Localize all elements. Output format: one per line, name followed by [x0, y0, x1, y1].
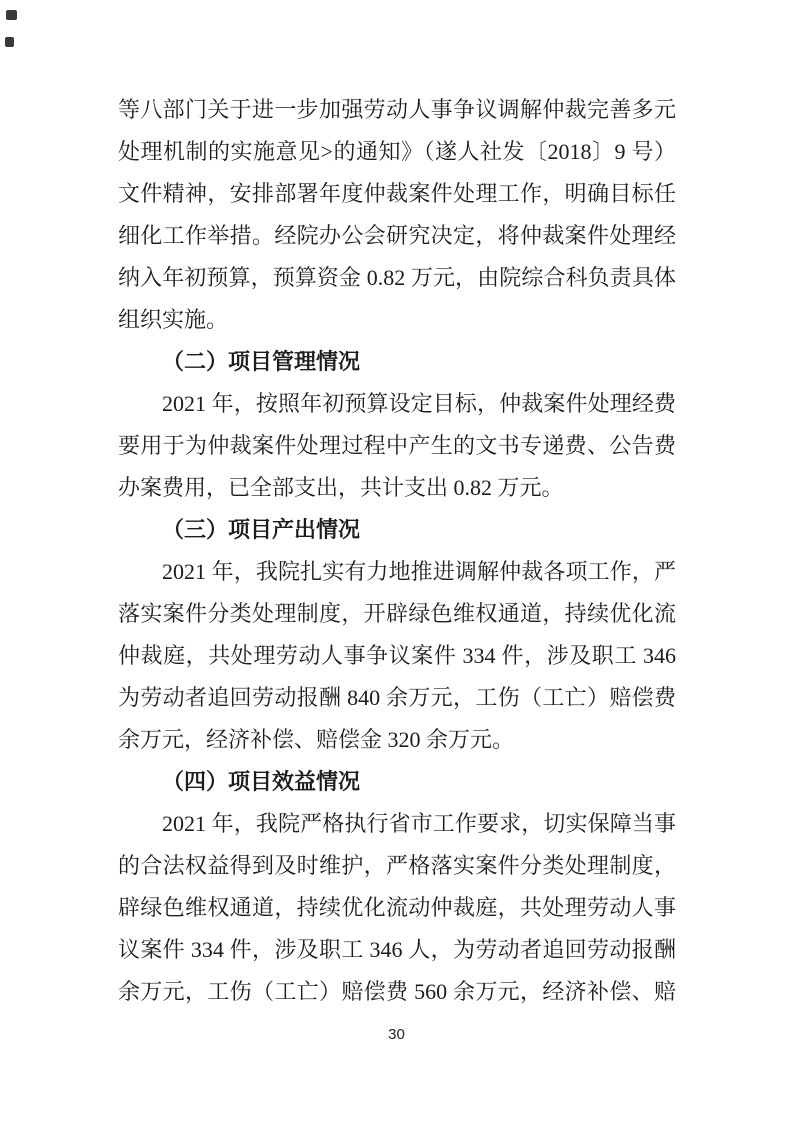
text-line: 2021 年，我院扎实有力地推进调解仲裁各项工作，严格: [118, 551, 676, 593]
page-number: 30: [0, 1026, 793, 1044]
text-line: 文件精神，安排部署年度仲裁案件处理工作，明确目标任务，: [118, 173, 676, 215]
text-line: 等八部门关于进一步加强劳动人事争议调解仲裁完善多元: [118, 89, 676, 131]
document-page: 等八部门关于进一步加强劳动人事争议调解仲裁完善多元处理机制的实施意见>的通知》（…: [0, 0, 793, 1122]
text-line: 组织实施。: [118, 299, 676, 341]
text-line: 办案费用，已全部支出，共计支出 0.82 万元。: [118, 467, 676, 509]
text-line: 余万元，经济补偿、赔偿金 320 余万元。: [118, 719, 676, 761]
text-line: 2021 年，我院严格执行省市工作要求，切实保障当事人: [118, 803, 676, 845]
text-line: 议案件 334 件，涉及职工 346 人，为劳动者追回劳动报酬 840: [118, 929, 676, 971]
text-block: 等八部门关于进一步加强劳动人事争议调解仲裁完善多元处理机制的实施意见>的通知》（…: [118, 89, 676, 1013]
section-heading: （三）项目产出情况: [118, 509, 676, 551]
scan-artifact-mark: [5, 37, 14, 47]
scan-artifact-mark: [6, 10, 17, 20]
text-line: 仲裁庭，共处理劳动人事争议案件 334 件，涉及职工 346 人，: [118, 635, 676, 677]
text-line: 2021 年，按照年初预算设定目标，仲裁案件处理经费主: [118, 383, 676, 425]
section-heading: （二）项目管理情况: [118, 341, 676, 383]
text-line: 为劳动者追回劳动报酬 840 余万元，工伤（工亡）赔偿费 560: [118, 677, 676, 719]
section-heading: （四）项目效益情况: [118, 761, 676, 803]
text-line: 要用于为仲裁案件处理过程中产生的文书专递费、公告费等: [118, 425, 676, 467]
text-line: 辟绿色维权通道，持续优化流动仲裁庭，共处理劳动人事争: [118, 887, 676, 929]
text-line: 余万元，工伤（工亡）赔偿费 560 余万元，经济补偿、赔偿: [118, 971, 676, 1013]
text-line: 落实案件分类处理制度，开辟绿色维权通道，持续优化流动: [118, 593, 676, 635]
text-line: 处理机制的实施意见>的通知》（遂人社发〔2018〕9 号）等: [118, 131, 676, 173]
text-line: 纳入年初预算，预算资金 0.82 万元，由院综合科负责具体: [118, 257, 676, 299]
text-line: 细化工作举措。经院办公会研究决定，将仲裁案件处理经费: [118, 215, 676, 257]
text-line: 的合法权益得到及时维护，严格落实案件分类处理制度，开: [118, 845, 676, 887]
